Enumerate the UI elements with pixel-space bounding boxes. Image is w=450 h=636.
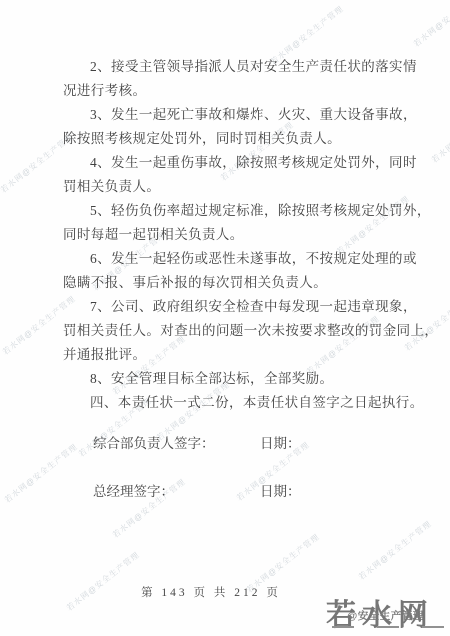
site-watermark-handle-text: @安全生产管理 bbox=[347, 608, 424, 623]
document-body: 2、接受主管领导指派人员对安全生产责任状的落实情况进行考核。3、发生一起死亡事故… bbox=[63, 55, 413, 415]
text-line: 罚相关负责人。 bbox=[63, 175, 413, 199]
general-manager-date-label: 日期： bbox=[260, 480, 301, 504]
signature-row-general-dept: 综合部负责人签字： 日期： bbox=[0, 432, 450, 456]
site-watermark: 若水网 @安全生产管理 bbox=[326, 590, 448, 634]
text-line: 6、发生一起轻伤或恶性未遂事故，不按规定处理的或 bbox=[63, 247, 413, 271]
text-line: 同时每超一起罚相关负责人。 bbox=[63, 223, 413, 247]
text-line: 并通报批评。 bbox=[63, 343, 413, 367]
diagonal-watermark: 若水网@安全生产管理 bbox=[429, 101, 450, 165]
site-watermark-underline bbox=[332, 626, 444, 628]
text-line: 7、公司、政府组织安全检查中每发现一起违章现象， bbox=[63, 295, 413, 319]
text-line: 四、本责任状一式二份，本责任状自签字之日起执行。 bbox=[63, 391, 413, 415]
text-line: 隐瞒不报、事后补报的每次罚相关负责人。 bbox=[63, 271, 413, 295]
text-line: 除按照考核规定处罚外，同时罚相关负责人。 bbox=[63, 127, 413, 151]
text-line: 况进行考核。 bbox=[63, 79, 413, 103]
text-line: 3、发生一起死亡事故和爆炸、火灾、重大设备事故， bbox=[63, 103, 413, 127]
general-manager-signature-label: 总经理签字： bbox=[93, 480, 174, 504]
text-line: 2、接受主管领导指派人员对安全生产责任状的落实情 bbox=[63, 55, 413, 79]
text-line: 4、发生一起重伤事故，除按照考核规定处罚外，同时 bbox=[63, 151, 413, 175]
diagonal-watermark: 若水网@安全生产管理 bbox=[64, 549, 142, 613]
text-line: 罚相关责任人。对查出的问题一次未按要求整改的罚金同上， bbox=[63, 319, 413, 343]
general-dept-date-label: 日期： bbox=[260, 432, 301, 456]
document-page: 若水网@安全生产管理若水网@安全生产管理若水网@安全生产管理若水网@安全生产管理… bbox=[0, 0, 450, 636]
diagonal-watermark: 若水网@安全生产管理 bbox=[411, 0, 450, 50]
text-line: 8、安全管理目标全部达标，全部奖励。 bbox=[63, 367, 413, 391]
text-line: 5、轻伤负伤率超过规定标准，除按照考核规定处罚外， bbox=[63, 199, 413, 223]
general-dept-signature-label: 综合部负责人签字： bbox=[93, 432, 215, 456]
diagonal-watermark: 若水网@安全生产管理 bbox=[356, 518, 434, 582]
signature-row-general-manager: 总经理签字： 日期： bbox=[0, 480, 450, 504]
